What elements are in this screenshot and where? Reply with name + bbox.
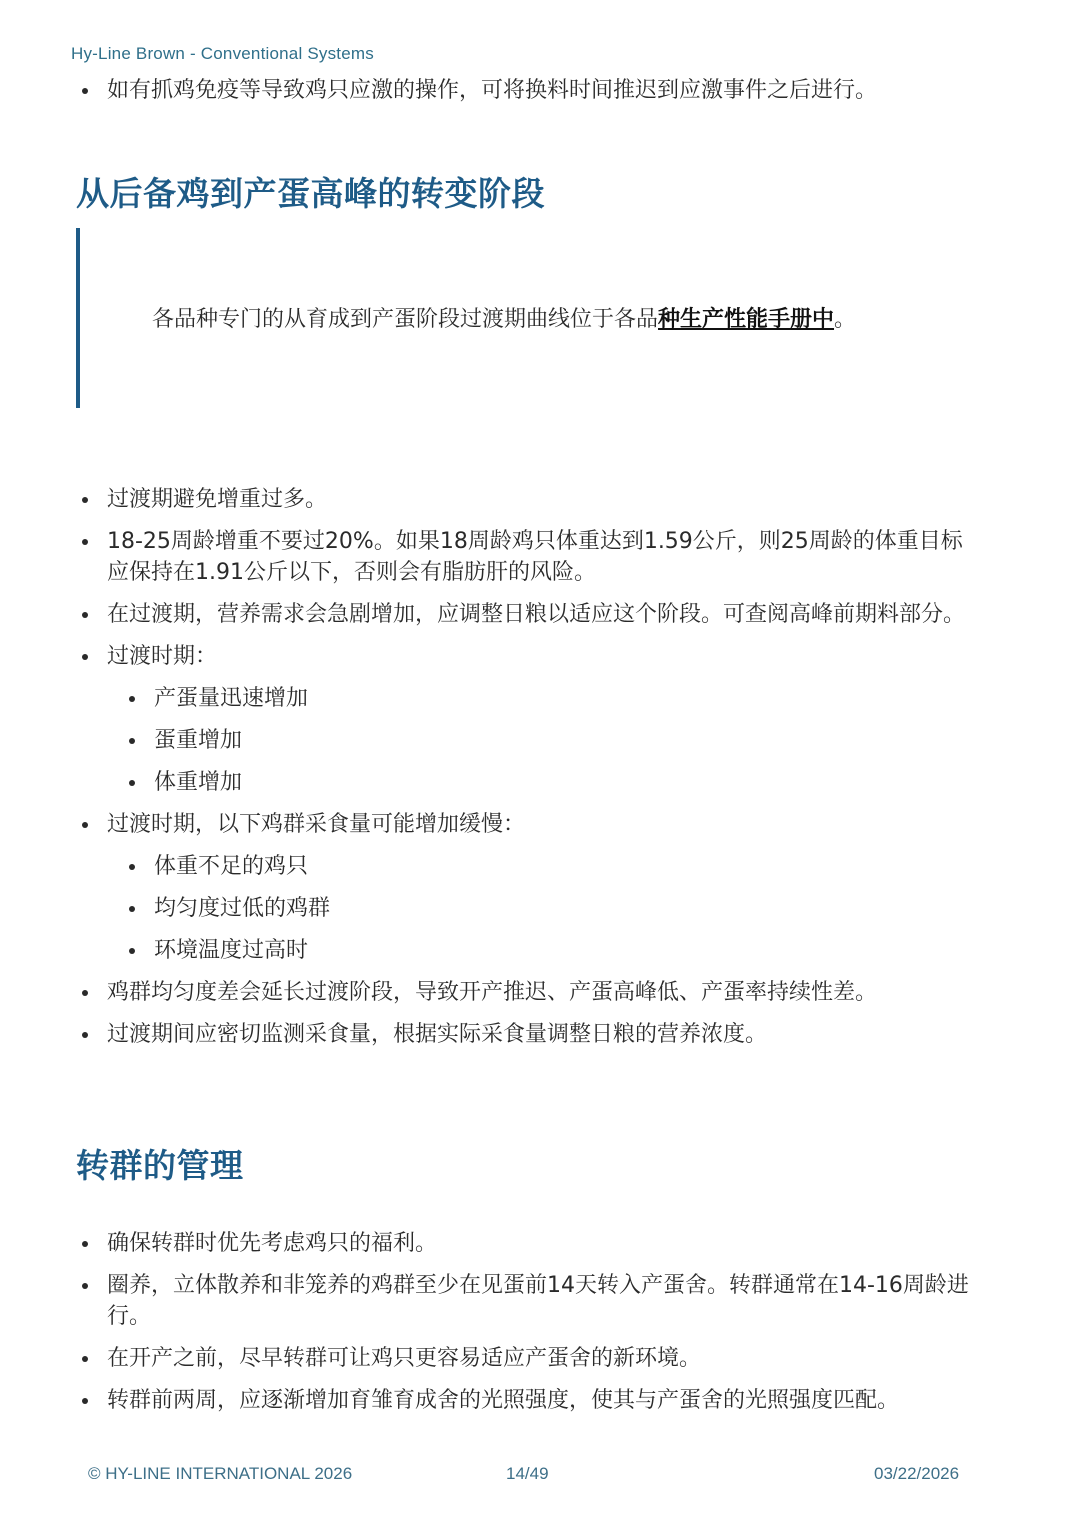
list-item: 如有抓鸡免疫等导致鸡只应激的操作，可将换料时间推迟到应激事件之后进行。 xyxy=(71,75,971,106)
list-item: 确保转群时优先考虑鸡只的福利。 xyxy=(71,1228,976,1259)
sub-list-item: 均匀度过低的鸡群 xyxy=(71,893,976,924)
list-item: 转群前两周，应逐渐增加育雏育成舍的光照强度，使其与产蛋舍的光照强度匹配。 xyxy=(71,1385,976,1416)
section-heading-transfer: 转群的管理 xyxy=(76,1140,244,1187)
transition-bullet-list: 过渡期避免增重过多。 18-25周龄增重不要过20%。如果18周龄鸡只体重达到1… xyxy=(71,484,976,1061)
sub-list-item: 产蛋量迅速增加 xyxy=(71,683,976,714)
callout-text-after: 。 xyxy=(834,307,856,332)
footer-copyright: © HY-LINE INTERNATIONAL 2026 xyxy=(88,1464,352,1484)
callout-text: 各品种专门的从育成到产蛋阶段过渡期曲线位于各品种生产性能手册中。 xyxy=(152,302,856,333)
sub-list-item: 蛋重增加 xyxy=(71,725,976,756)
list-item: 过渡期间应密切监测采食量，根据实际采食量调整日粮的营养浓度。 xyxy=(71,1019,976,1050)
footer-page-number: 14/49 xyxy=(506,1464,549,1484)
sub-list-item: 环境温度过高时 xyxy=(71,935,976,966)
transfer-bullet-list: 确保转群时优先考虑鸡只的福利。 圈养，立体散养和非笼养的鸡群至少在见蛋前14天转… xyxy=(71,1228,976,1427)
list-item: 过渡时期： xyxy=(71,641,976,672)
callout-box: 各品种专门的从育成到产蛋阶段过渡期曲线位于各品种生产性能手册中。 xyxy=(76,228,960,408)
footer-date: 03/22/2026 xyxy=(874,1464,959,1484)
list-item: 在开产之前，尽早转群可让鸡只更容易适应产蛋舍的新环境。 xyxy=(71,1343,976,1374)
performance-guide-link[interactable]: 种生产性能手册中 xyxy=(658,307,834,332)
page-footer: © HY-LINE INTERNATIONAL 2026 14/49 03/22… xyxy=(0,1464,1080,1488)
top-bullet-list: 如有抓鸡免疫等导致鸡只应激的操作，可将换料时间推迟到应激事件之后进行。 xyxy=(71,75,971,106)
list-item: 18-25周龄增重不要过20%。如果18周龄鸡只体重达到1.59公斤，则25周龄… xyxy=(71,526,976,588)
list-item: 在过渡期，营养需求会急剧增加，应调整日粮以适应这个阶段。可查阅高峰前期料部分。 xyxy=(71,599,976,630)
section-heading-transition: 从后备鸡到产蛋高峰的转变阶段 xyxy=(76,168,545,215)
list-item: 圈养，立体散养和非笼养的鸡群至少在见蛋前14天转入产蛋舍。转群通常在14-16周… xyxy=(71,1270,976,1332)
list-item: 过渡时期，以下鸡群采食量可能增加缓慢： xyxy=(71,809,976,840)
list-item: 过渡期避免增重过多。 xyxy=(71,484,976,515)
list-item: 鸡群均匀度差会延长过渡阶段，导致开产推迟、产蛋高峰低、产蛋率持续性差。 xyxy=(71,977,976,1008)
sub-list-item: 体重增加 xyxy=(71,767,976,798)
running-header: Hy-Line Brown - Conventional Systems xyxy=(71,44,374,64)
callout-text-before: 各品种专门的从育成到产蛋阶段过渡期曲线位于各品 xyxy=(152,307,658,332)
sub-list-item: 体重不足的鸡只 xyxy=(71,851,976,882)
